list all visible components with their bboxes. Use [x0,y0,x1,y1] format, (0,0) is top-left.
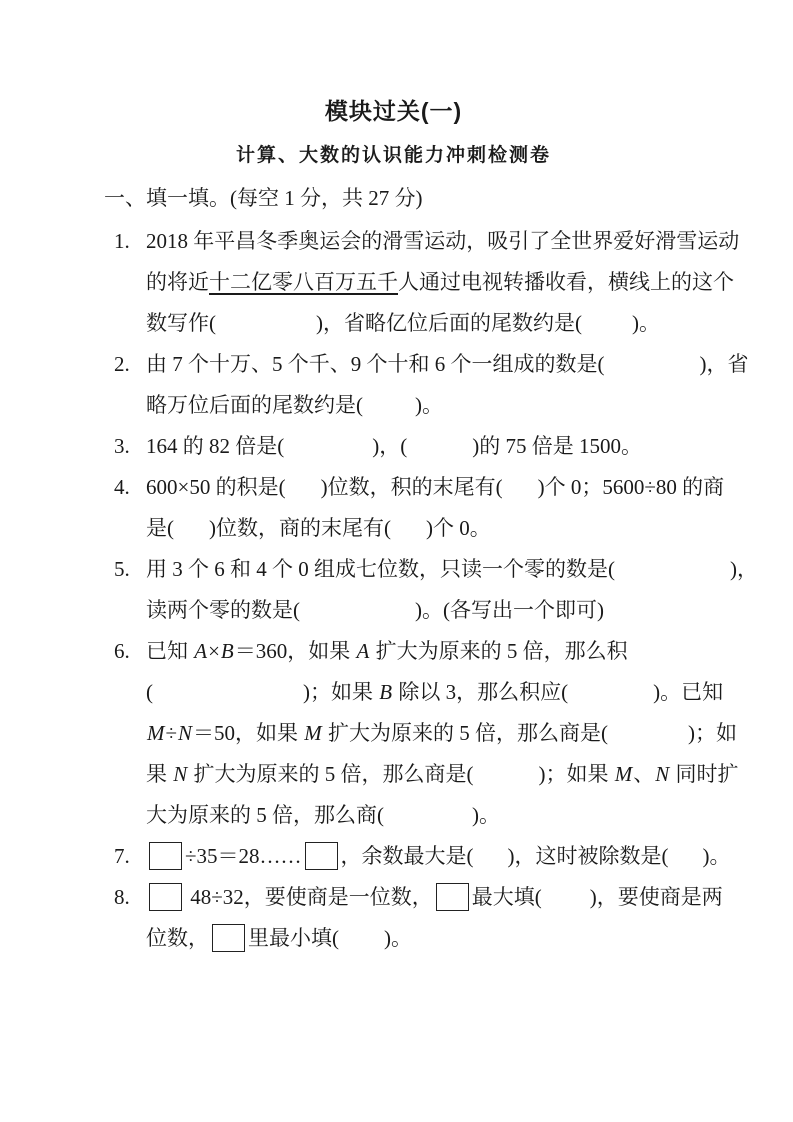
text-run: )，( [372,434,407,458]
question-6: 6.已知 A×B＝360，如果 A 扩大为原来的 5 倍，那么积()；如果 B … [104,631,683,836]
question-line: 果 N 扩大为原来的 5 倍，那么商是()；如果 M、N 同时扩 [146,754,683,795]
text-run: )位数，积的末尾有( [321,475,503,499]
math-variable: A [356,639,371,663]
question-line: ÷35＝28……，余数最大是()，这时被除数是()。 [146,836,683,877]
math-variable: A [193,639,208,663]
text-run: )，要使商是两 [590,885,723,909]
question-1: 1.2018 年平昌冬季奥运会的滑雪运动，吸引了全世界爱好滑雪运动的将近十二亿零… [104,221,683,344]
question-line: 48÷32，要使商是一位数，最大填()，要使商是两 [146,877,683,918]
text-run: )个 0。 [426,516,491,540]
text-run: )。(各写出一个即可) [415,598,604,622]
text-run: )。 [632,311,660,335]
text-run: × [208,639,220,663]
answer-box [212,924,245,952]
question-number: 3. [114,426,130,467]
question-list: 1.2018 年平昌冬季奥运会的滑雪运动，吸引了全世界爱好滑雪运动的将近十二亿零… [104,221,683,959]
text-run: )， [730,557,758,581]
math-variable: N [172,762,188,786]
question-lines: 48÷32，要使商是一位数，最大填()，要使商是两位数，里最小填()。 [146,877,683,959]
question-line: 164 的 82 倍是()，()的 75 倍是 1500。 [146,426,683,467]
doc-title: 模块过关(一) [104,96,683,126]
question-line: 2018 年平昌冬季奥运会的滑雪运动，吸引了全世界爱好滑雪运动 [146,221,683,262]
text-run: )。 [472,803,500,827]
math-variable: M [614,762,634,786]
question-lines: ÷35＝28……，余数最大是()，这时被除数是()。 [146,836,683,877]
question-lines: 600×50 的积是()位数，积的末尾有()个 0；5600÷80 的商是()位… [146,467,683,549]
question-7: 7.÷35＝28……，余数最大是()，这时被除数是()。 [104,836,683,877]
text-run: 人通过电视转播收看，横线上的这个 [398,270,734,294]
answer-box [436,883,469,911]
text-run: 大为原来的 5 倍，那么商( [146,803,384,827]
question-line: 略万位后面的尾数约是()。 [146,385,683,426]
answer-box [149,883,182,911]
text-run: )个 0；5600÷80 的商 [538,475,725,499]
math-variable: M [303,721,323,745]
question-number: 8. [114,877,130,918]
text-run: )；如果 [539,762,614,786]
text-run: 48÷32，要使商是一位数， [185,885,433,909]
question-line: 大为原来的 5 倍，那么商()。 [146,795,683,836]
text-run: ( [146,680,153,704]
question-5: 5.用 3 个 6 和 4 个 0 组成七位数，只读一个零的数是()，读两个零的… [104,549,683,631]
question-lines: 164 的 82 倍是()，()的 75 倍是 1500。 [146,426,683,467]
underlined-number-words: 十二亿零八百万五千 [209,270,398,294]
text-run: 扩大为原来的 5 倍，那么积 [370,639,627,663]
text-run: 略万位后面的尾数约是( [146,393,363,417]
question-line: 数写作()，省略亿位后面的尾数约是()。 [146,303,683,344]
question-line: 600×50 的积是()位数，积的末尾有()个 0；5600÷80 的商 [146,467,683,508]
math-variable: N [654,762,670,786]
question-number: 6. [114,631,130,672]
question-line: 已知 A×B＝360，如果 A 扩大为原来的 5 倍，那么积 [146,631,683,672]
text-run: 除以 3，那么积应( [393,680,568,704]
question-lines: 已知 A×B＝360，如果 A 扩大为原来的 5 倍，那么积()；如果 B 除以… [146,631,683,836]
text-run: )。 [384,926,412,950]
text-run: ，余数最大是( [341,844,474,868]
text-run: 600×50 的积是( [146,475,286,499]
text-run: 扩大为原来的 5 倍，那么商是( [323,721,608,745]
text-run: 的将近 [146,270,209,294]
math-variable: B [378,680,393,704]
question-line: 位数，里最小填()。 [146,918,683,959]
text-run: )的 75 倍是 1500。 [472,434,642,458]
text-run: ÷35＝28…… [185,844,302,868]
text-run: )，省略亿位后面的尾数约是( [316,311,582,335]
question-line: 用 3 个 6 和 4 个 0 组成七位数，只读一个零的数是()， [146,549,683,590]
text-run: )。 [415,393,443,417]
doc-subtitle: 计算、大数的认识能力冲刺检测卷 [104,143,683,169]
question-line: 由 7 个十万、5 个千、9 个十和 6 个一组成的数是()，省 [146,344,683,385]
text-run: 数写作( [146,311,216,335]
question-line: ()；如果 B 除以 3，那么积应()。已知 [146,672,683,713]
math-variable: B [220,639,235,663]
answer-box [149,842,182,870]
text-run: )；如果 [303,680,378,704]
question-lines: 用 3 个 6 和 4 个 0 组成七位数，只读一个零的数是()，读两个零的数是… [146,549,683,631]
question-line: 读两个零的数是()。(各写出一个即可) [146,590,683,631]
question-number: 1. [114,221,130,262]
text-run: 164 的 82 倍是( [146,434,284,458]
text-run: 扩大为原来的 5 倍，那么商是( [188,762,473,786]
text-run: ＝360，如果 [235,639,356,663]
question-line: 是()位数，商的末尾有()个 0。 [146,508,683,549]
text-run: ＝50，如果 [193,721,303,745]
text-run: 同时扩 [670,762,738,786]
question-lines: 2018 年平昌冬季奥运会的滑雪运动，吸引了全世界爱好滑雪运动的将近十二亿零八百… [146,221,683,344]
text-run: )，省 [700,352,749,376]
text-run: 用 3 个 6 和 4 个 0 组成七位数，只读一个零的数是( [146,557,615,581]
text-run: )；如 [688,721,737,745]
question-8: 8. 48÷32，要使商是一位数，最大填()，要使商是两位数，里最小填()。 [104,877,683,959]
text-run: )。已知 [653,680,723,704]
text-run: 由 7 个十万、5 个千、9 个十和 6 个一组成的数是( [146,352,605,376]
question-line: 的将近十二亿零八百万五千人通过电视转播收看，横线上的这个 [146,262,683,303]
question-number: 7. [114,836,130,877]
text-run: 里最小填( [248,926,339,950]
question-3: 3.164 的 82 倍是()，()的 75 倍是 1500。 [104,426,683,467]
math-variable: N [177,721,193,745]
question-line: M÷N＝50，如果 M 扩大为原来的 5 倍，那么商是()；如 [146,713,683,754]
text-run: 2018 年平昌冬季奥运会的滑雪运动，吸引了全世界爱好滑雪运动 [146,229,739,253]
text-run: 已知 [146,639,193,663]
answer-box [305,842,338,870]
question-number: 2. [114,344,130,385]
question-number: 5. [114,549,130,590]
text-run: )，这时被除数是( [508,844,669,868]
text-run: 是( [146,516,174,540]
math-variable: M [146,721,166,745]
question-4: 4.600×50 的积是()位数，积的末尾有()个 0；5600÷80 的商是(… [104,467,683,549]
worksheet-page: 模块过关(一) 计算、大数的认识能力冲刺检测卷 一、填一填。(每空 1 分，共 … [0,0,793,1122]
text-run: 读两个零的数是( [146,598,300,622]
question-number: 4. [114,467,130,508]
text-run: ÷ [166,721,178,745]
text-run: 位数， [146,926,209,950]
question-2: 2.由 7 个十万、5 个千、9 个十和 6 个一组成的数是()，省略万位后面的… [104,344,683,426]
text-run: 果 [146,762,172,786]
section-heading: 一、填一填。(每空 1 分，共 27 分) [104,183,683,213]
text-run: 最大填( [472,885,542,909]
text-run: )位数，商的末尾有( [209,516,391,540]
text-run: 、 [633,762,654,786]
question-lines: 由 7 个十万、5 个千、9 个十和 6 个一组成的数是()，省略万位后面的尾数… [146,344,683,426]
text-run: )。 [703,844,731,868]
